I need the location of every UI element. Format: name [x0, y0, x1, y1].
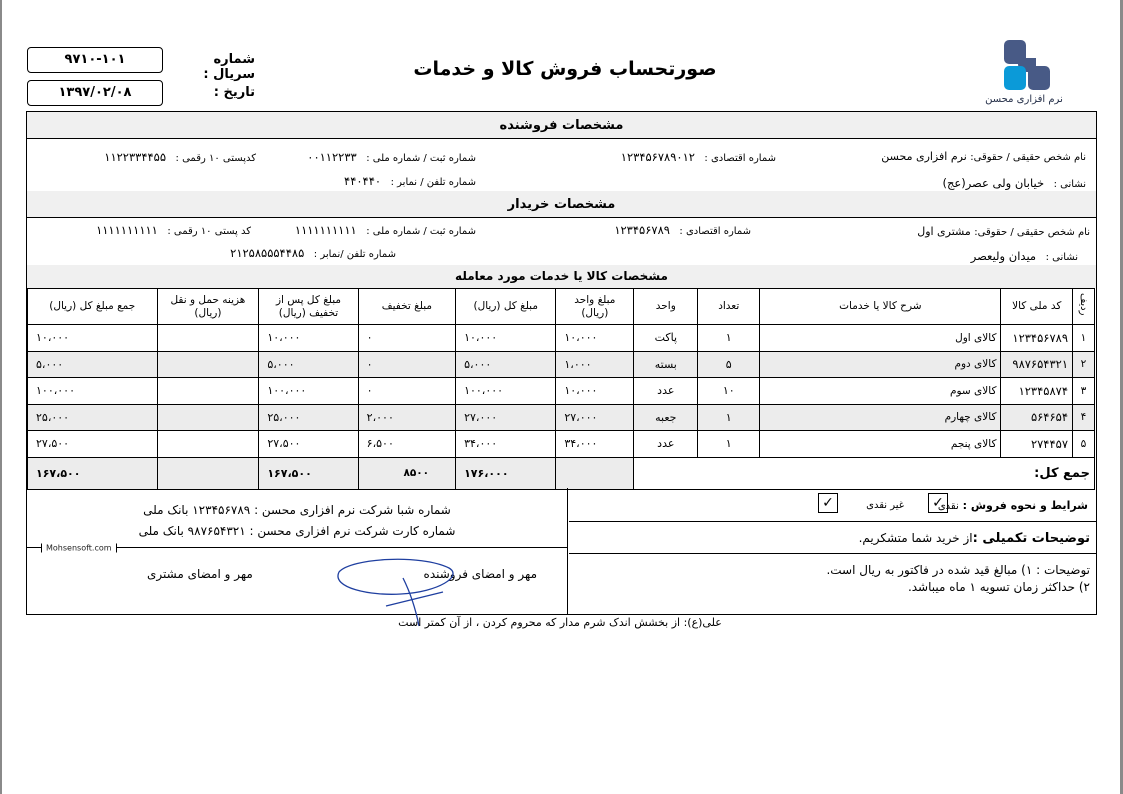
buyer-registration: شماره ثبت / شماره ملی : ۱۱۱۱۱۱۱۱۱۱	[295, 223, 476, 237]
col-total: مبلغ کل (ریال)	[456, 289, 556, 325]
note-line-1: توضیحات : ۱) مبالغ قید شده در فاکتور به …	[569, 562, 1090, 579]
buyer-postal-label: کد پستی ۱۰ رقمی :	[167, 226, 251, 237]
table-row: ۵ ۲۷۴۴۵۷ کالای پنجم ۱ عدد ۳۴،۰۰۰ ۳۴،۰۰۰ …	[28, 431, 1095, 458]
cell-quantity: ۱	[698, 325, 760, 352]
buyer-postal-value: ۱۱۱۱۱۱۱۱۱۱	[96, 223, 158, 237]
cell-after-discount: ۱۰۰،۰۰۰	[259, 378, 358, 405]
totals-grand-total: ۱۶۷،۵۰۰	[28, 457, 158, 489]
col-discount: مبلغ تخفیف	[358, 289, 455, 325]
cell-description: کالای چهارم	[760, 404, 1001, 431]
cell-grand-total: ۱۰۰،۰۰۰	[28, 378, 158, 405]
buyer-section-title: مشخصات خریدار	[27, 191, 1096, 218]
cell-row: ۲	[1073, 351, 1095, 378]
buyer-economic-label: شماره اقتصادی :	[679, 226, 751, 237]
cell-grand-total: ۱۰،۰۰۰	[28, 325, 158, 352]
cell-description: کالای پنجم	[760, 431, 1001, 458]
divider-vertical	[567, 488, 568, 615]
buyer-name-label: نام شخص حقیقی / حقوقی:	[974, 227, 1090, 238]
cell-unit: بسته	[634, 351, 698, 378]
seller-economic: شماره اقتصادی : ۱۲۳۴۵۶۷۸۹۰۱۲	[621, 150, 776, 164]
seller-postal-value: ۱۱۲۲۳۳۴۴۵۵	[104, 150, 166, 164]
buyer-address-value: میدان ولیعصر	[971, 249, 1036, 263]
buyer-phone-label: شماره تلفن /نمابر :	[314, 249, 396, 260]
seller-registration: شماره ثبت / شماره ملی : ۰۰۱۱۲۲۳۳	[307, 150, 476, 164]
cell-total: ۱۰،۰۰۰	[456, 325, 556, 352]
cell-unit: عدد	[634, 378, 698, 405]
noncash-label: غیر نقدی	[866, 500, 904, 511]
totals-label: جمع کل:	[634, 457, 1095, 489]
invoice-title: صورتحساب فروش کالا و خدمات	[380, 58, 750, 80]
seller-name: نام شخص حقیقی / حقوقی: نرم افزاری محسن	[881, 150, 1086, 163]
cell-grand-total: ۲۵،۰۰۰	[28, 404, 158, 431]
buyer-name-value: مشتری اول	[917, 225, 971, 238]
logo-block-blue	[1004, 66, 1026, 90]
cell-unit-price: ۲۷،۰۰۰	[556, 404, 634, 431]
seller-economic-label: شماره اقتصادی :	[704, 153, 776, 164]
col-shipping: هزینه حمل و نقل (ریال)	[157, 289, 259, 325]
seller-address-value: خیابان ولی عصر(عج)	[942, 176, 1044, 190]
cell-discount: ۲،۰۰۰	[358, 404, 455, 431]
seller-postal: کدپستی ۱۰ رقمی : ۱۱۲۲۳۳۴۴۵۵	[104, 150, 256, 164]
card-number: شماره کارت شرکت نرم افزاری محسن : ۹۸۷۶۵۴…	[27, 521, 567, 542]
sheba-number: شماره شبا شرکت نرم افزاری محسن : ۱۲۳۴۵۶۷…	[27, 500, 567, 521]
date-field: ۱۳۹۷/۰۲/۰۸	[27, 80, 163, 106]
totals-total: ۱۷۶،۰۰۰	[456, 457, 556, 489]
buyer-address-label: نشانی :	[1046, 252, 1078, 263]
seller-economic-value: ۱۲۳۴۵۶۷۸۹۰۱۲	[621, 150, 695, 164]
cell-after-discount: ۲۷،۵۰۰	[259, 431, 358, 458]
cell-total: ۵،۰۰۰	[456, 351, 556, 378]
seller-registration-value: ۰۰۱۱۲۲۳۳	[307, 150, 356, 164]
cell-code: ۲۷۴۴۵۷	[1001, 431, 1073, 458]
cell-discount: ۰	[358, 325, 455, 352]
cell-unit: عدد	[634, 431, 698, 458]
cell-after-discount: ۲۵،۰۰۰	[259, 404, 358, 431]
page-edge-left	[0, 0, 2, 794]
buyer-postal: کد پستی ۱۰ رقمی : ۱۱۱۱۱۱۱۱۱۱	[96, 223, 251, 237]
cell-shipping	[157, 378, 259, 405]
note-line-2: ۲) حداکثر زمان تسویه ۱ ماه میباشد.	[569, 579, 1090, 596]
cell-description: کالای اول	[760, 325, 1001, 352]
notes: توضیحات : ۱) مبالغ قید شده در فاکتور به …	[569, 554, 1096, 614]
cell-shipping	[157, 351, 259, 378]
cell-total: ۳۴،۰۰۰	[456, 431, 556, 458]
cell-row: ۴	[1073, 404, 1095, 431]
cell-description: کالای دوم	[760, 351, 1001, 378]
cell-row: ۱	[1073, 325, 1095, 352]
cell-quantity: ۱۰	[698, 378, 760, 405]
cell-grand-total: ۲۷،۵۰۰	[28, 431, 158, 458]
col-grand-total: جمع مبلغ کل (ریال)	[28, 289, 158, 325]
totals-unit-price-empty	[556, 457, 634, 489]
buyer-address: نشانی : میدان ولیعصر	[971, 249, 1078, 263]
col-unit-price: مبلغ واحد (ریال)	[556, 289, 634, 325]
table-row: ۳ ۱۲۳۴۵۸۷۴ کالای سوم ۱۰ عدد ۱۰،۰۰۰ ۱۰۰،۰…	[28, 378, 1095, 405]
cell-shipping	[157, 404, 259, 431]
cell-description: کالای سوم	[760, 378, 1001, 405]
extra-notes-value: از خرید شما متشکریم.	[859, 531, 973, 545]
cell-unit: پاکت	[634, 325, 698, 352]
seller-postal-label: کدپستی ۱۰ رقمی :	[176, 153, 256, 164]
table-row: ۲ ۹۸۷۶۵۴۳۲۱ کالای دوم ۵ بسته ۱،۰۰۰ ۵،۰۰۰…	[28, 351, 1095, 378]
logo-block-right	[1028, 66, 1050, 90]
cell-shipping	[157, 431, 259, 458]
seller-phone-label: شماره تلفن / نمابر :	[391, 177, 476, 188]
cell-code: ۱۲۳۴۵۶۷۸۹	[1001, 325, 1073, 352]
sale-terms: شرایط و نحوه فروش : نقدی ✓ غیر نقدی ✓	[569, 488, 1096, 522]
totals-shipping	[157, 457, 259, 489]
col-code: کد ملی کالا	[1001, 289, 1073, 325]
noncash-checkbox[interactable]: ✓	[818, 493, 838, 513]
totals-discount: ۸۵۰۰	[358, 457, 455, 489]
invoice-frame: مشخصات فروشنده نام شخص حقیقی / حقوقی: نر…	[26, 111, 1097, 615]
cell-after-discount: ۵،۰۰۰	[259, 351, 358, 378]
cell-grand-total: ۵،۰۰۰	[28, 351, 158, 378]
logo-text: نرم افزاری محسن	[984, 94, 1064, 105]
cell-total: ۲۷،۰۰۰	[456, 404, 556, 431]
seller-name-value: نرم افزاری محسن	[881, 150, 966, 163]
cell-quantity: ۵	[698, 351, 760, 378]
cell-unit: جعبه	[634, 404, 698, 431]
cell-quantity: ۱	[698, 431, 760, 458]
cell-discount: ۶،۵۰۰	[358, 431, 455, 458]
buyer-registration-label: شماره ثبت / شماره ملی :	[366, 226, 476, 237]
seller-registration-label: شماره ثبت / شماره ملی :	[366, 153, 476, 164]
cell-row: ۵	[1073, 431, 1095, 458]
table-row: ۱ ۱۲۳۴۵۶۷۸۹ کالای اول ۱ پاکت ۱۰،۰۰۰ ۱۰،۰…	[28, 325, 1095, 352]
buyer-name: نام شخص حقیقی / حقوقی: مشتری اول	[917, 225, 1090, 238]
col-quantity: تعداد	[698, 289, 760, 325]
table-header-row: ردیف کد ملی کالا شرح کالا یا خدمات تعداد…	[28, 289, 1095, 325]
buyer-registration-value: ۱۱۱۱۱۱۱۱۱۱	[295, 223, 357, 237]
seller-section-title: مشخصات فروشنده	[27, 112, 1096, 139]
footer-quote: علی(ع): از بخشش اندک شرم مدار که محروم ک…	[380, 616, 740, 629]
col-after-discount: مبلغ کل پس از تخفیف (ریال)	[259, 289, 358, 325]
seller-address-label: نشانی :	[1054, 179, 1086, 190]
seller-phone: شماره تلفن / نمابر : ۴۴۰۴۴۰	[344, 174, 476, 188]
sale-terms-label: شرایط و نحوه فروش : نقدی	[938, 499, 1088, 512]
company-logo: نرم افزاری محسن	[996, 40, 1058, 110]
cell-unit-price: ۳۴،۰۰۰	[556, 431, 634, 458]
cell-total: ۱۰۰،۰۰۰	[456, 378, 556, 405]
totals-row: جمع کل: ۱۷۶،۰۰۰ ۸۵۰۰ ۱۶۷،۵۰۰ ۱۶۷،۵۰۰	[28, 457, 1095, 489]
col-row-number: ردیف	[1073, 289, 1095, 325]
cell-quantity: ۱	[698, 404, 760, 431]
serial-number-field: ۹۷۱۰-۱۰۱	[27, 47, 163, 73]
seller-address: نشانی : خیابان ولی عصر(عج)	[942, 176, 1086, 190]
totals-after-discount: ۱۶۷،۵۰۰	[259, 457, 358, 489]
seller-name-label: نام شخص حقیقی / حقوقی:	[970, 152, 1086, 163]
extra-notes: توضیحات تکمیلی :از خرید شما متشکریم.	[569, 522, 1096, 554]
cell-code: ۱۲۳۴۵۸۷۴	[1001, 378, 1073, 405]
cell-shipping	[157, 325, 259, 352]
col-description: شرح کالا یا خدمات	[760, 289, 1001, 325]
seller-phone-value: ۴۴۰۴۴۰	[344, 174, 381, 188]
cell-discount: ۰	[358, 351, 455, 378]
buyer-phone-value: ۲۱۲۵۸۵۵۵۴۴۸۵	[230, 246, 304, 260]
cell-unit-price: ۱۰،۰۰۰	[556, 378, 634, 405]
serial-number-label: شماره سریال :	[170, 52, 255, 82]
cell-after-discount: ۱۰،۰۰۰	[259, 325, 358, 352]
extra-notes-label: توضیحات تکمیلی :	[973, 531, 1090, 546]
table-row: ۴ ۵۶۴۶۵۴ کالای چهارم ۱ جعبه ۲۷،۰۰۰ ۲۷،۰۰…	[28, 404, 1095, 431]
buyer-economic: شماره اقتصادی : ۱۲۳۴۵۶۷۸۹	[614, 223, 751, 237]
cell-unit-price: ۱۰،۰۰۰	[556, 325, 634, 352]
cell-code: ۹۸۷۶۵۴۳۲۱	[1001, 351, 1073, 378]
cash-checkbox[interactable]: ✓	[928, 493, 948, 513]
items-section-title: مشخصات کالا یا خدمات مورد معامله	[27, 265, 1096, 288]
items-table: ردیف کد ملی کالا شرح کالا یا خدمات تعداد…	[27, 288, 1095, 490]
cell-row: ۳	[1073, 378, 1095, 405]
bank-info: شماره شبا شرکت نرم افزاری محسن : ۱۲۳۴۵۶۷…	[27, 488, 567, 548]
buyer-phone: شماره تلفن /نمابر : ۲۱۲۵۸۵۵۵۴۴۸۵	[230, 246, 396, 260]
col-unit: واحد	[634, 289, 698, 325]
buyer-signature-label: مهر و امضای مشتری	[147, 567, 253, 581]
date-label: تاریخ :	[170, 85, 255, 100]
cell-unit-price: ۱،۰۰۰	[556, 351, 634, 378]
cell-discount: ۰	[358, 378, 455, 405]
buyer-economic-value: ۱۲۳۴۵۶۷۸۹	[614, 223, 670, 237]
cell-code: ۵۶۴۶۵۴	[1001, 404, 1073, 431]
